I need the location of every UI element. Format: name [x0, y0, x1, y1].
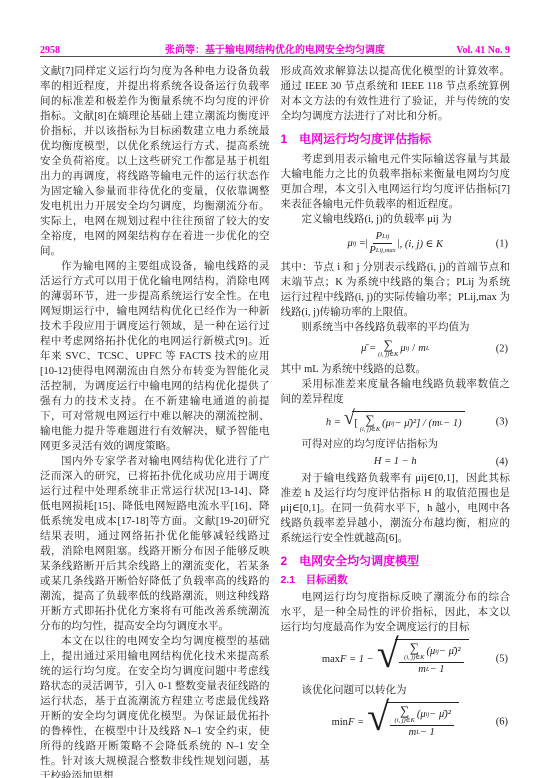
equation-3: h = √ [ ∑ (i, j)∈K (μij − μ̄)² ] / (mL −… — [281, 411, 511, 433]
math-bar: | — [365, 238, 367, 249]
paragraph: 形成高效求解算法以提高优化模型的计算效率。通过 IEEE 30 节点系统和 IE… — [281, 64, 511, 124]
header-volume-issue: Vol. 41 No. 9 — [440, 45, 510, 56]
paragraph: 对于输电线路负载率有 μij∈[0,1]，因此其标准差 h 及运行均匀度评估指标… — [281, 471, 511, 546]
fraction: ∑ (i, j)∈K (μij − μ̄)² mL − 1 — [390, 705, 454, 738]
paragraph: 其中：节点 i 和 j 分别表示线路(i, j)的首端节点和末端节点；K 为系统… — [281, 260, 511, 320]
page-header: 2958 张尚等：基于输电网结构优化的电网安全均匀调度 Vol. 41 No. … — [40, 41, 510, 56]
summation: ∑ (i, j)∈K — [360, 414, 380, 433]
summation-limits: (i, j)∈K — [395, 717, 415, 724]
sigma-symbol: ∑ — [400, 705, 409, 717]
paragraph: 其中 mL 为系统中线路的总数。 — [281, 362, 511, 377]
summation: ∑ (i, j)∈K — [378, 339, 398, 358]
equation-1: μij = | PLij PLij,max | , (i, j) ∈ K (1) — [281, 231, 511, 256]
equation-4: H = 1 − h (4) — [281, 456, 511, 467]
math-sub: ij — [353, 240, 357, 247]
radical-symbol: √ — [377, 634, 399, 674]
math-term: − μ̄)² — [429, 709, 451, 720]
radical-symbol: √ — [367, 697, 389, 737]
square-root: √ [ ∑ (i, j)∈K (μij − μ̄)² ] / (mL − 1) — [344, 411, 465, 433]
math-term: (μ — [427, 646, 436, 657]
equation-number: (4) — [496, 456, 508, 467]
equation-number: (5) — [496, 654, 508, 665]
math-operator: min — [332, 717, 348, 728]
math-sub: ij — [406, 345, 410, 352]
header-rule — [40, 56, 510, 57]
math-lhs: F = — [348, 717, 364, 728]
math-bracket: [ — [354, 418, 358, 429]
math-operator: / — [412, 343, 415, 354]
equation-number: (1) — [496, 238, 508, 249]
math-sub: Lij — [382, 233, 389, 240]
section-heading-1: 1 电网运行均匀度评估指标 — [281, 132, 511, 146]
sigma-symbol: ∑ — [384, 339, 393, 351]
math-var: m — [418, 664, 426, 675]
equation-number: (6) — [496, 717, 508, 728]
subsection-heading-2-1: 2.1 目标函数 — [281, 574, 511, 586]
math-var: m — [432, 418, 440, 429]
math-lhs: F = 1 − — [340, 654, 374, 665]
math-operator: max — [322, 654, 340, 665]
paragraph: 该优化问题可以转化为 — [281, 683, 511, 698]
math-condition: , (i, j) ∈ K — [400, 238, 443, 250]
math-sub: Lij,max — [376, 247, 396, 254]
math-var: m — [418, 343, 426, 354]
summation-limits: (i, j)∈K — [404, 654, 424, 661]
equation-number: (2) — [496, 343, 508, 354]
math-term: ] / ( — [416, 418, 432, 429]
left-column: 文献[7]同样定义运行均匀度为各种电力设备负载率的相近程度，并提出将系统各设备运… — [40, 64, 270, 778]
section-heading-2: 2 电网安全均匀调度模型 — [281, 554, 511, 568]
paragraph: 国内外专家学者对输电网结构优化进行了广泛而深入的研究，已将拓扑优化成功应用于调度… — [40, 454, 270, 634]
math-body: H = 1 − h — [374, 456, 417, 467]
two-column-body: 文献[7]同样定义运行均匀度为各种电力设备负载率的相近程度，并提出将系统各设备运… — [40, 64, 510, 778]
square-root: √ ∑ (i, j)∈K (μij − μ̄)² mL − — [377, 639, 469, 679]
math-term: − 1) — [443, 418, 461, 429]
paragraph: 作为输电网的主要组成设备，输电线路的灵活运行方式可以用于优化输电网结构，消除电网… — [40, 259, 270, 454]
math-term: (μ — [417, 709, 426, 720]
square-root: √ ∑ (i, j)∈K (μij − μ̄)² mL − — [367, 702, 459, 742]
right-column: 形成高效求解算法以提高优化模型的计算效率。通过 IEEE 30 节点系统和 IE… — [281, 64, 511, 778]
paper-page: 2958 张尚等：基于输电网结构优化的电网安全均匀调度 Vol. 41 No. … — [0, 0, 550, 778]
paragraph: 电网运行均匀度指标反映了潮流分布的综合水平，是一种全局性的评价指标，因此，本文以… — [281, 590, 511, 635]
equation-number: (3) — [496, 417, 508, 428]
sigma-symbol: ∑ — [410, 642, 419, 654]
summation: ∑ (i, j)∈K — [404, 642, 424, 661]
equation-5: max F = 1 − √ ∑ (i, j)∈K (μij − μ̄)² — [281, 639, 511, 679]
math-sub: L — [426, 345, 430, 352]
equation-2: μ̄ = ∑ (i, j)∈K μij / mL (2) — [281, 339, 511, 358]
header-running-title: 张尚等：基于输电网结构优化的电网安全均匀调度 — [110, 41, 440, 56]
math-term: − μ̄)² — [439, 646, 461, 657]
math-lhs: h = — [326, 417, 341, 428]
radical-symbol: √ — [344, 408, 355, 428]
math-term: − μ̄)² — [395, 418, 417, 429]
paragraph: 本文在以往的电网安全均匀调度模型的基础上，提出通过采用输电网结构优化技术来提高系… — [40, 634, 270, 778]
paragraph: 文献[7]同样定义运行均匀度为各种电力设备负载率的相近程度，并提出将系统各设备运… — [40, 64, 270, 259]
math-term: − 1 — [429, 664, 444, 675]
header-page-number: 2958 — [40, 45, 110, 56]
paragraph: 可得对应的均匀度评估指标为 — [281, 437, 511, 452]
summation: ∑ (i, j)∈K — [395, 705, 415, 724]
paragraph: 则系统当中各线路负载率的平均值为 — [281, 320, 511, 335]
paragraph: 考虑到用表示输电元件实际输送容量与其最大输电能力之比的负载率指标来衡量电网均匀度… — [281, 152, 511, 212]
summation-limits: (i, j)∈K — [360, 426, 380, 433]
summation-limits: (i, j)∈K — [378, 351, 398, 358]
math-term: − 1 — [420, 727, 435, 738]
sigma-symbol: ∑ — [365, 414, 374, 426]
math-lhs: μ̄ = — [361, 343, 376, 354]
fraction: PLij PLij,max — [369, 231, 395, 256]
equation-6: min F = √ ∑ (i, j)∈K (μij − μ̄)² — [281, 702, 511, 742]
paragraph: 定义输电线路(i, j)的负载率 μij 为 — [281, 212, 511, 227]
math-term: (μ — [382, 418, 391, 429]
paragraph: 采用标准差来度量各输电线路负载率数值之间的差异程度 — [281, 377, 511, 407]
fraction: ∑ (i, j)∈K (μij − μ̄)² mL − 1 — [399, 642, 463, 675]
